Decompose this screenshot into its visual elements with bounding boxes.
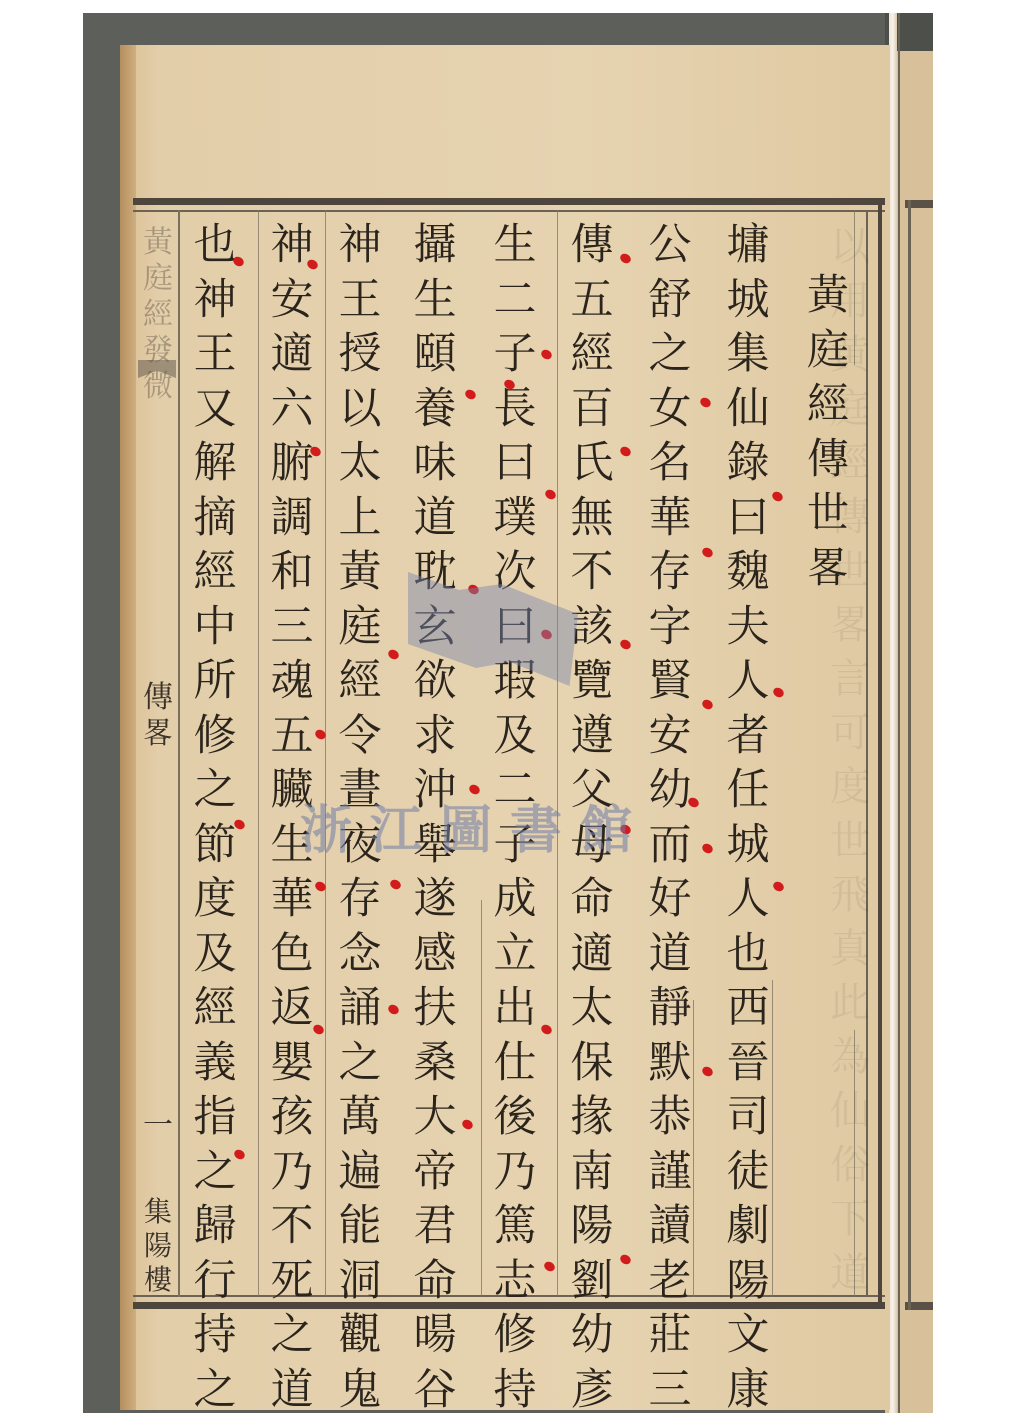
character: 所 (185, 654, 245, 709)
character: 帝 (405, 1145, 465, 1200)
adjacent-frame-left (908, 200, 911, 1310)
character: 人 (718, 872, 778, 927)
character: 欲 (405, 654, 465, 709)
character: 三 (640, 1363, 700, 1418)
library-watermark: 浙江圖書館 (300, 788, 650, 863)
column-text: 也神王又解摘經中所修之節度及經義指之歸行持之 (185, 218, 245, 1417)
character: 魂 (262, 654, 322, 709)
character: 黃 (798, 268, 858, 323)
character: 之 (330, 1036, 390, 1091)
character: 子 (485, 327, 545, 382)
character: 黃 (143, 225, 173, 261)
character: 孩 (262, 1090, 322, 1145)
character: 鬼 (330, 1363, 390, 1418)
character: 黃 (330, 545, 390, 600)
text-column-title: 黃庭經傳世畧 (798, 268, 858, 595)
character: 文 (718, 1308, 778, 1363)
character: 仙 (718, 382, 778, 437)
text-column-9: 也神王又解摘經中所修之節度及經義指之歸行持之 (185, 218, 245, 1417)
character: 太 (562, 981, 622, 1036)
character: 城 (718, 273, 778, 328)
character: 谷 (405, 1363, 465, 1418)
character: 經 (798, 377, 858, 432)
character: 存 (330, 872, 390, 927)
character: 城 (718, 818, 778, 873)
character: 行 (185, 1254, 245, 1309)
character: 庭 (798, 323, 858, 378)
character: 默 (640, 1036, 700, 1091)
character: 陽 (718, 1254, 778, 1309)
character: 華 (640, 491, 700, 546)
character: 畧 (798, 541, 858, 596)
character: 曰 (718, 491, 778, 546)
character: 中 (185, 600, 245, 655)
character: 授 (330, 327, 390, 382)
character: 命 (405, 1254, 465, 1309)
character: 曰 (485, 436, 545, 491)
character: 王 (185, 327, 245, 382)
character: 不 (562, 545, 622, 600)
character: 遵 (562, 709, 622, 764)
character: 名 (640, 436, 700, 491)
character: 和 (262, 545, 322, 600)
character: 不 (262, 1199, 322, 1254)
character: 嬰 (262, 1036, 322, 1091)
character: 王 (330, 273, 390, 328)
character: 誦 (330, 981, 390, 1036)
character: 扶 (405, 981, 465, 1036)
character: 攝 (405, 218, 465, 273)
character: 神 (330, 218, 390, 273)
character: 南 (562, 1145, 622, 1200)
margin-section-label: 傳畧 (138, 680, 178, 752)
character: 也 (718, 927, 778, 982)
character: 華 (262, 872, 322, 927)
character: 賢 (640, 654, 700, 709)
character: 仕 (485, 1036, 545, 1091)
character: 安 (640, 709, 700, 764)
character: 存 (640, 545, 700, 600)
character: 之 (262, 1308, 322, 1363)
character: 摘 (185, 491, 245, 546)
character: 無 (562, 491, 622, 546)
column-text: 墉城集仙錄曰魏夫人者任城人也西晉司徒劇陽文康 (718, 218, 778, 1417)
character: 謹 (640, 1145, 700, 1200)
character: 及 (485, 709, 545, 764)
column-rule (481, 900, 482, 1297)
character: 傳 (562, 218, 622, 273)
character: 道 (262, 1363, 322, 1418)
character: 神 (185, 273, 245, 328)
character: 腑 (262, 436, 322, 491)
character: 保 (562, 1036, 622, 1091)
character: 劉 (562, 1254, 622, 1309)
character: 上 (330, 491, 390, 546)
character: 乃 (485, 1145, 545, 1200)
margin-book-title: 黃庭經發微 (138, 225, 178, 405)
character: 氏 (562, 436, 622, 491)
character: 色 (262, 927, 322, 982)
character: 持 (185, 1308, 245, 1363)
character: 持 (485, 1363, 545, 1418)
character: 靜 (640, 981, 700, 1036)
character: 西 (718, 981, 778, 1036)
character: 百 (562, 382, 622, 437)
character: 度 (185, 872, 245, 927)
character: 老 (640, 1254, 700, 1309)
character: 璞 (485, 491, 545, 546)
character: 魏 (718, 545, 778, 600)
character: 晉 (718, 1036, 778, 1091)
character: 歸 (185, 1199, 245, 1254)
character: 念 (330, 927, 390, 982)
character: 生 (405, 273, 465, 328)
character: 五 (562, 273, 622, 328)
page-title: 黃庭經傳世畧 (798, 268, 858, 595)
character: 能 (330, 1199, 390, 1254)
character: 令 (330, 709, 390, 764)
character: 之 (185, 763, 245, 818)
character: 修 (185, 709, 245, 764)
character: 成 (485, 872, 545, 927)
character: 夫 (718, 600, 778, 655)
character: 經 (185, 981, 245, 1036)
character: 集 (144, 1195, 172, 1229)
character: 求 (405, 709, 465, 764)
character: 道 (405, 491, 465, 546)
character: 三 (262, 600, 322, 655)
frame-top-border (133, 198, 885, 205)
character: 舒 (640, 273, 700, 328)
character: 五 (262, 709, 322, 764)
character: 公 (640, 218, 700, 273)
character: 死 (262, 1254, 322, 1309)
character: 好 (640, 872, 700, 927)
character: 道 (640, 927, 700, 982)
character: 經 (143, 297, 173, 333)
character: 義 (185, 1036, 245, 1091)
column-rule (557, 210, 558, 1297)
character: 乃 (262, 1145, 322, 1200)
frame-left-border (178, 210, 180, 1297)
column-rule (325, 210, 326, 1297)
character: 莊 (640, 1308, 700, 1363)
character: 陽 (144, 1229, 172, 1263)
character: 及 (185, 927, 245, 982)
character: 大 (405, 1090, 465, 1145)
character: 遍 (330, 1145, 390, 1200)
character: 者 (718, 709, 778, 764)
character: 樓 (144, 1263, 172, 1297)
character: 彥 (562, 1363, 622, 1418)
character: 字 (640, 600, 700, 655)
character: 暘 (405, 1308, 465, 1363)
character: 經 (330, 654, 390, 709)
character: 以 (330, 382, 390, 437)
character: 長 (485, 382, 545, 437)
character: 解 (185, 436, 245, 491)
character: 出 (485, 981, 545, 1036)
character: 命 (562, 872, 622, 927)
character: 世 (798, 486, 858, 541)
character: 生 (485, 218, 545, 273)
character: 墉 (718, 218, 778, 273)
character: 修 (485, 1308, 545, 1363)
character: 又 (185, 382, 245, 437)
character: 徒 (718, 1145, 778, 1200)
character: 安 (262, 273, 322, 328)
character: 掾 (562, 1090, 622, 1145)
character: 六 (262, 382, 322, 437)
character: 指 (185, 1090, 245, 1145)
character: 女 (640, 382, 700, 437)
page-edge (120, 45, 136, 1410)
character: 志 (485, 1254, 545, 1309)
character: 讀 (640, 1199, 700, 1254)
character: 傳 (143, 680, 173, 716)
character: 任 (718, 763, 778, 818)
character: 篤 (485, 1199, 545, 1254)
character: 庭 (143, 261, 173, 297)
character: 之 (185, 1363, 245, 1418)
binding-gutter (889, 13, 897, 1413)
character: 人 (718, 654, 778, 709)
character: 感 (405, 927, 465, 982)
character: 洞 (330, 1254, 390, 1309)
binding-line (898, 13, 900, 1413)
character: 一 (143, 1108, 173, 1144)
character: 幼 (562, 1308, 622, 1363)
character: 頤 (405, 327, 465, 382)
character: 二 (485, 273, 545, 328)
character: 司 (718, 1090, 778, 1145)
character: 後 (485, 1090, 545, 1145)
character: 劇 (718, 1199, 778, 1254)
character: 適 (262, 327, 322, 382)
character: 觀 (330, 1308, 390, 1363)
character: 經 (185, 545, 245, 600)
character: 經 (562, 327, 622, 382)
margin-publisher: 集陽樓 (138, 1195, 178, 1297)
character: 畧 (143, 716, 173, 752)
character: 太 (330, 436, 390, 491)
character: 立 (485, 927, 545, 982)
column-rule (258, 210, 259, 1297)
character: 集 (718, 327, 778, 382)
character: 調 (262, 491, 322, 546)
character: 味 (405, 436, 465, 491)
character: 恭 (640, 1090, 700, 1145)
character: 傳 (798, 432, 858, 487)
character: 遂 (405, 872, 465, 927)
character: 桑 (405, 1036, 465, 1091)
margin-page-number: 一 (138, 1108, 178, 1144)
character: 錄 (718, 436, 778, 491)
character: 之 (640, 327, 700, 382)
character: 康 (718, 1363, 778, 1418)
character: 君 (405, 1199, 465, 1254)
text-column-2: 墉城集仙錄曰魏夫人者任城人也西晉司徒劇陽文康 (718, 218, 778, 1417)
character: 萬 (330, 1090, 390, 1145)
character: 庭 (330, 600, 390, 655)
character: 陽 (562, 1199, 622, 1254)
frame-top-inner-border (133, 210, 885, 212)
character: 適 (562, 927, 622, 982)
character: 養 (405, 382, 465, 437)
